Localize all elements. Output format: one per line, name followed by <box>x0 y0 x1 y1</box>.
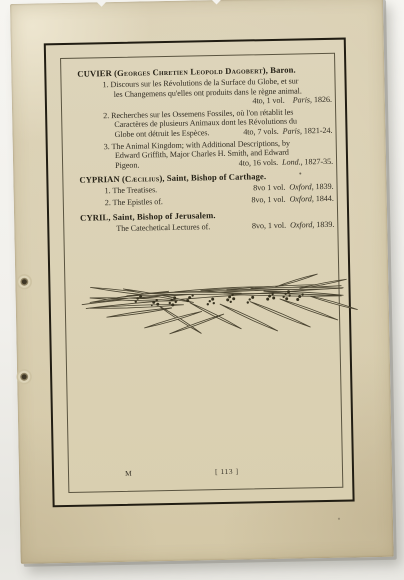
text-segment: Paris <box>283 126 300 135</box>
text-segment: ), Saint, Bishop of Carthage. <box>159 171 266 183</box>
bibliography-item: 1. Discours sur les Révolutions de la Su… <box>77 76 333 110</box>
scan-background: CUVIER (Georges Chretien Leopold Dagober… <box>0 0 404 580</box>
entry-line-imprint: 4to, 16 vols. Lond., 1827-35. <box>239 157 334 168</box>
text-segment: 2. The Epistles of. <box>105 197 163 207</box>
bibliography-item: 2. The Epistles of.8vo, 1 vol. Oxford, 1… <box>80 194 335 208</box>
text-segment: Oxford <box>290 220 313 229</box>
text-segment: CYRIL <box>80 212 108 223</box>
bibliography-item: The Catechetical Lectures of.8vo, 1 vol.… <box>80 219 335 233</box>
entry-line-title: Globe ont détruit les Espèces. <box>78 128 209 140</box>
ink-speck <box>299 172 301 174</box>
text-segment: CYPRIAN <box>79 174 120 185</box>
entry-line-imprint: 4to, 7 vols. Paris, 1821-24. <box>243 126 332 137</box>
footer-signature: M <box>125 469 132 478</box>
text-segment: 4to, 16 vols. <box>239 158 283 168</box>
punch-hole-bottom <box>16 369 32 385</box>
page-edge-nick <box>212 0 222 4</box>
entry-line: The Catechetical Lectures of.8vo, 1 vol.… <box>80 219 335 233</box>
text-segment: , 1839. <box>312 219 334 228</box>
text-segment: 8vo, 1 vol. <box>252 220 290 230</box>
bibliography-entry: CUVIER (Georges Chretien Leopold Dagober… <box>77 64 334 171</box>
text-segment: 8vo 1 vol. <box>253 183 289 193</box>
page-edge-nick <box>97 0 107 7</box>
text-segment: , 1826. <box>310 95 332 104</box>
text-segment: 4to, 1 vol. <box>252 96 292 106</box>
text-segment: Paris <box>293 95 310 104</box>
text-segment: Oxford <box>289 183 312 192</box>
text-segment: 1. The Treatises. <box>105 186 158 196</box>
entry-line-imprint: 8vo, 1 vol. Oxford, 1844. <box>251 194 334 205</box>
text-segment: 4to, 7 vols. <box>243 127 283 137</box>
entry-line-imprint: 8vo, 1 vol. Oxford, 1839. <box>252 219 335 230</box>
botanical-sprig-illustration <box>71 263 360 343</box>
text-segment: 8vo, 1 vol. <box>251 195 289 205</box>
text-segment: , Saint, Bishop of Jerusalem. <box>108 210 215 222</box>
text-segment: Globe ont détruit les Espèces. <box>114 128 209 139</box>
entries: CUVIER (Georges Chretien Leopold Dagober… <box>77 64 335 234</box>
text-segment: , 1844. <box>312 194 334 203</box>
entry-line-title: Pigeon. <box>79 160 139 171</box>
text-segment: , 1839. <box>312 182 334 191</box>
entry-line-title: 2. The Epistles of. <box>80 197 163 208</box>
entry-line-imprint: 8vo 1 vol. Oxford, 1839. <box>253 182 334 193</box>
bibliography-item: 3. The Animal Kingdom; with Additional D… <box>79 137 335 171</box>
entry-line-title: 1. The Treatises. <box>80 186 158 197</box>
text-segment: , 1827-35. <box>300 157 333 167</box>
text-segment: CUVIER <box>77 68 112 79</box>
punch-hole-top <box>16 274 32 290</box>
text-segment: , 1821-24. <box>300 126 333 136</box>
text-segment: Cæcilius <box>125 174 160 185</box>
entry-line: 2. The Epistles of.8vo, 1 vol. Oxford, 1… <box>80 194 335 208</box>
page-content: CUVIER (Georges Chretien Leopold Dagober… <box>77 64 335 238</box>
text-segment: ), Baron. <box>263 65 296 76</box>
text-segment: Pigeon. <box>115 160 139 169</box>
text-segment: Oxford <box>289 194 312 203</box>
footer-page-number: [ 113 ] <box>215 467 239 476</box>
bibliography-entry: CYRIL, Saint, Bishop of Jerusalem.The Ca… <box>80 207 335 233</box>
book-page: CUVIER (Georges Chretien Leopold Dagober… <box>10 0 394 564</box>
ink-speck <box>338 518 340 520</box>
text-segment: The Catechetical Lectures of. <box>116 222 210 233</box>
text-segment: Lond. <box>282 157 301 166</box>
bibliography-entry: CYPRIAN (Cæcilius), Saint, Bishop of Car… <box>79 170 335 208</box>
entry-line-title: The Catechetical Lectures of. <box>80 222 210 234</box>
text-segment: Georges Chretien Leopold Dagobert <box>117 65 263 78</box>
bibliography-item: 2. Recherches sur les Ossemens Fossiles,… <box>78 107 334 141</box>
